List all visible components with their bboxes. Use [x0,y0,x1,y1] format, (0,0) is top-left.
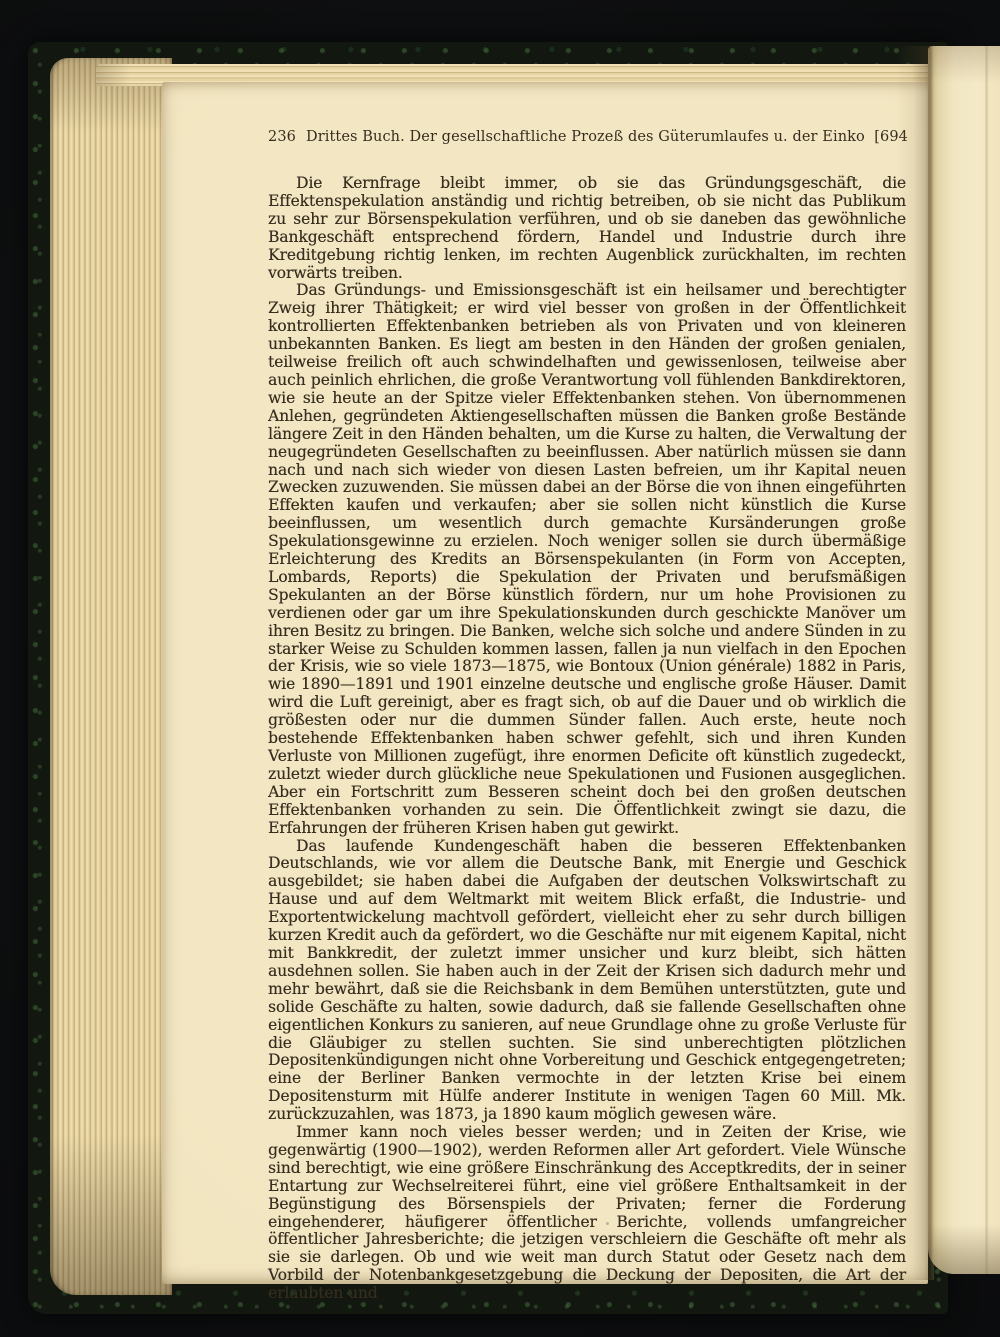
page-blemish [544,1182,547,1185]
facing-page-edge [928,46,1000,1274]
paragraph-4: Immer kann noch vieles besser werden; un… [268,1124,906,1303]
paragraph-1: Die Kernfrage bleibt immer, ob sie das G… [268,175,906,282]
page-edge-stack-left [50,58,172,1295]
paragraph-3: Das laufende Kundengeschäft haben die be… [268,838,906,1125]
page-text: Die Kernfrage bleibt immer, ob sie das G… [268,175,906,1303]
running-title: Drittes Buch. Der gesellschaftliche Proz… [306,129,864,145]
book-page: 236 Drittes Buch. Der gesellschaftliche … [162,82,928,1284]
page-number: 236 [268,129,296,145]
paragraph-2: Das Gründungs- und Emissionsgeschäft ist… [268,282,906,837]
running-head: 236 Drittes Buch. Der gesellschaftliche … [268,129,908,145]
photo-backdrop: 236 Drittes Buch. Der gesellschaftliche … [0,0,1000,1337]
column-ref: [694 [874,129,908,145]
